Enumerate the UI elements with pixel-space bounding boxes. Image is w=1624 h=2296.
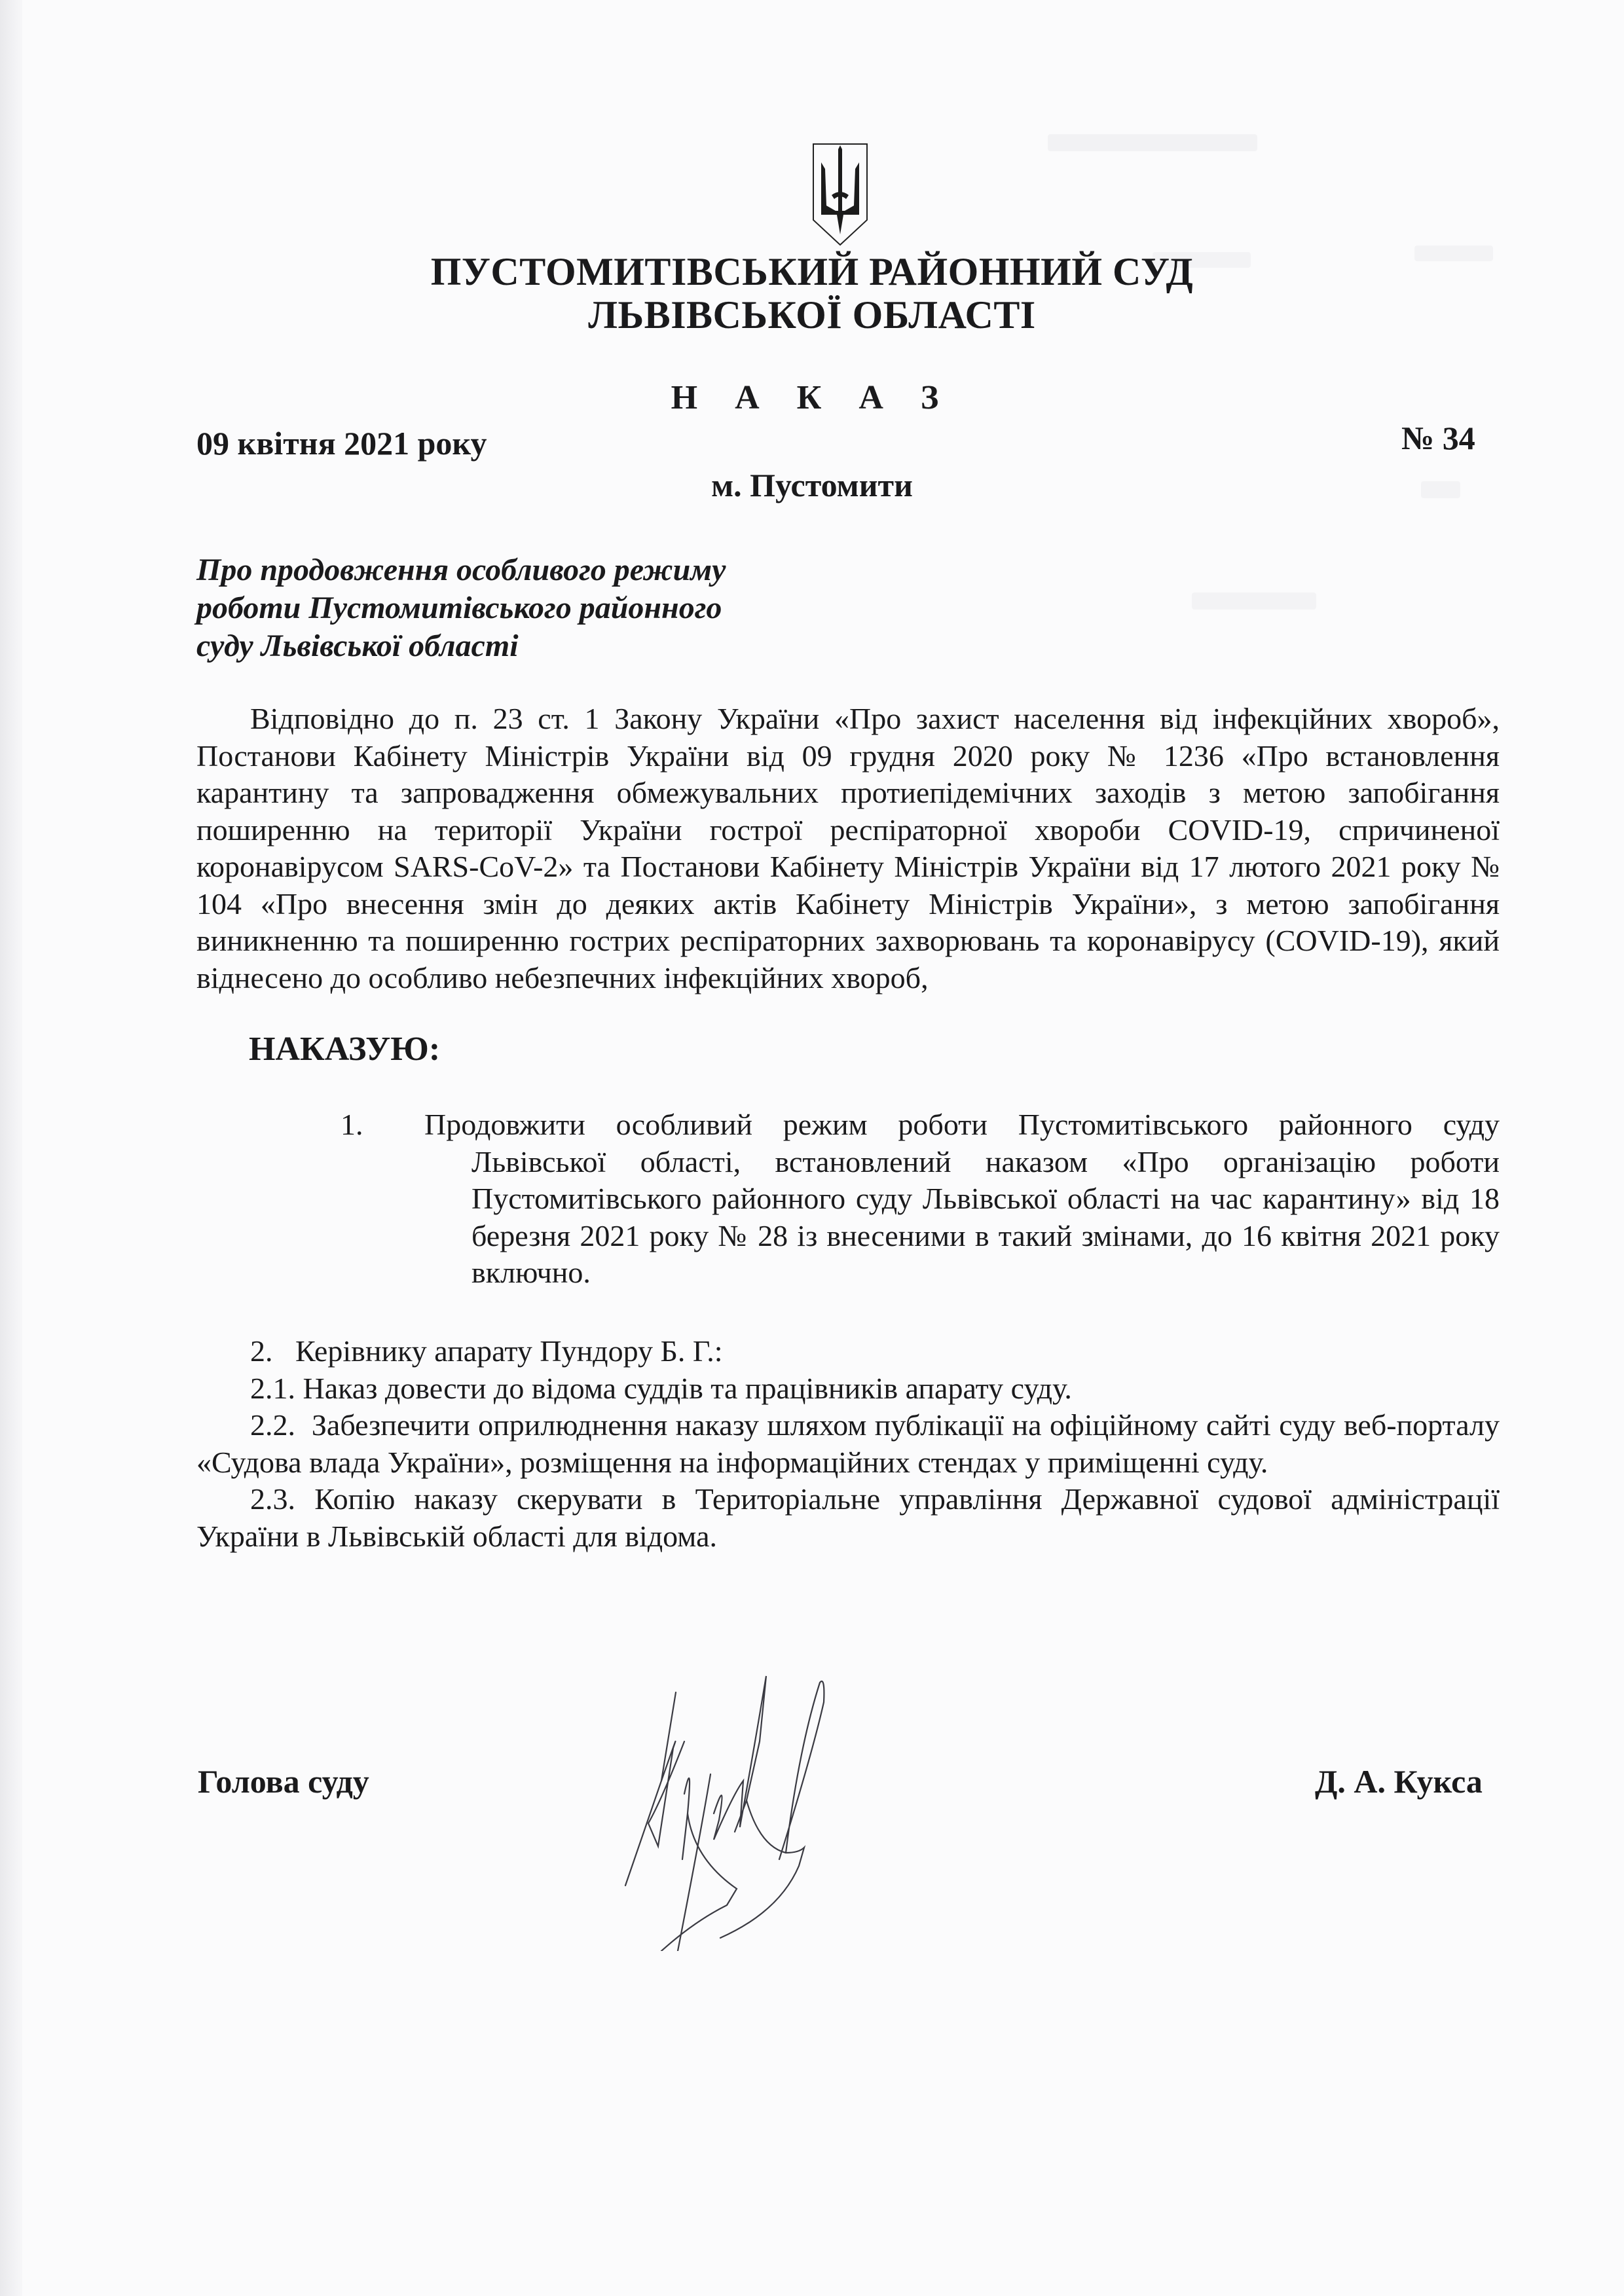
court-name-line-1: ПУСТОМИТІВСЬКИЙ РАЙОННИЙ СУД	[0, 250, 1624, 293]
order-number: № 34	[1401, 419, 1475, 457]
item-number: 1.	[341, 1108, 363, 1141]
order-date: 09 квітня 2021 року	[196, 424, 487, 462]
ukraine-trident-icon	[812, 143, 868, 246]
bleed-through-mark	[1048, 134, 1257, 151]
subitem-number: 2.2.	[250, 1408, 295, 1442]
subitem-text: Наказ довести до відома суддів та праців…	[303, 1372, 1072, 1405]
subitem-number: 2.1.	[250, 1372, 295, 1405]
order-place: м. Пустомити	[0, 466, 1624, 504]
order-subject: Про продовження особливого режиму роботи…	[196, 551, 786, 665]
bleed-through-mark	[1192, 592, 1316, 610]
item-1-first-line: 1. Продовжити особливий режим роботи Пус…	[341, 1106, 1500, 1144]
handwritten-signature-icon	[563, 1663, 930, 1951]
orders-heading: НАКАЗУЮ:	[249, 1030, 440, 1068]
preamble-text: Відповідно до п. 23 ст. 1 Закону України…	[196, 701, 1500, 996]
subitem-2-3: 2.3. Копію наказу скерувати в Територіал…	[196, 1481, 1500, 1555]
subitem-text: Копію наказу скерувати в Територіальне у…	[196, 1482, 1500, 1553]
item-text: Продовжити особливий режим роботи Пустом…	[424, 1108, 1500, 1141]
item-number: 2.	[250, 1334, 273, 1368]
subject-line: суду Львівської області	[196, 627, 786, 665]
subject-line: Про продовження особливого режиму	[196, 551, 786, 589]
subject-line: роботи Пустомитівського районного	[196, 589, 786, 627]
subitem-2-1: 2.1. Наказ довести до відома суддів та п…	[196, 1370, 1500, 1408]
subitem-number: 2.3.	[250, 1482, 295, 1516]
scan-edge-shadow	[0, 0, 22, 2296]
item-2-line: 2. Керівнику апарату Пундору Б. Г.:	[196, 1333, 1500, 1370]
subitem-2-2: 2.2. Забезпечити оприлюднення наказу шля…	[196, 1407, 1500, 1481]
signatory-name: Д. А. Кукса	[1315, 1762, 1483, 1800]
court-name: ПУСТОМИТІВСЬКИЙ РАЙОННИЙ СУД ЛЬВІВСЬКОЇ …	[0, 250, 1624, 337]
order-item-2: 2. Керівнику апарату Пундору Б. Г.: 2.1.…	[196, 1333, 1500, 1555]
subitem-text: Забезпечити оприлюднення наказу шляхом п…	[196, 1408, 1500, 1479]
court-name-line-2: ЛЬВІВСЬКОЇ ОБЛАСТІ	[0, 293, 1624, 337]
item-1-continuation: Львівської області, встановлений наказом…	[341, 1144, 1500, 1292]
document-type: Н А К А З	[0, 378, 1624, 417]
signatory-position: Голова суду	[198, 1762, 369, 1800]
preamble: Відповідно до п. 23 ст. 1 Закону України…	[196, 701, 1500, 996]
item-text: Керівнику апарату Пундору Б. Г.:	[295, 1334, 723, 1368]
order-item-1: 1. Продовжити особливий режим роботи Пус…	[341, 1106, 1500, 1292]
